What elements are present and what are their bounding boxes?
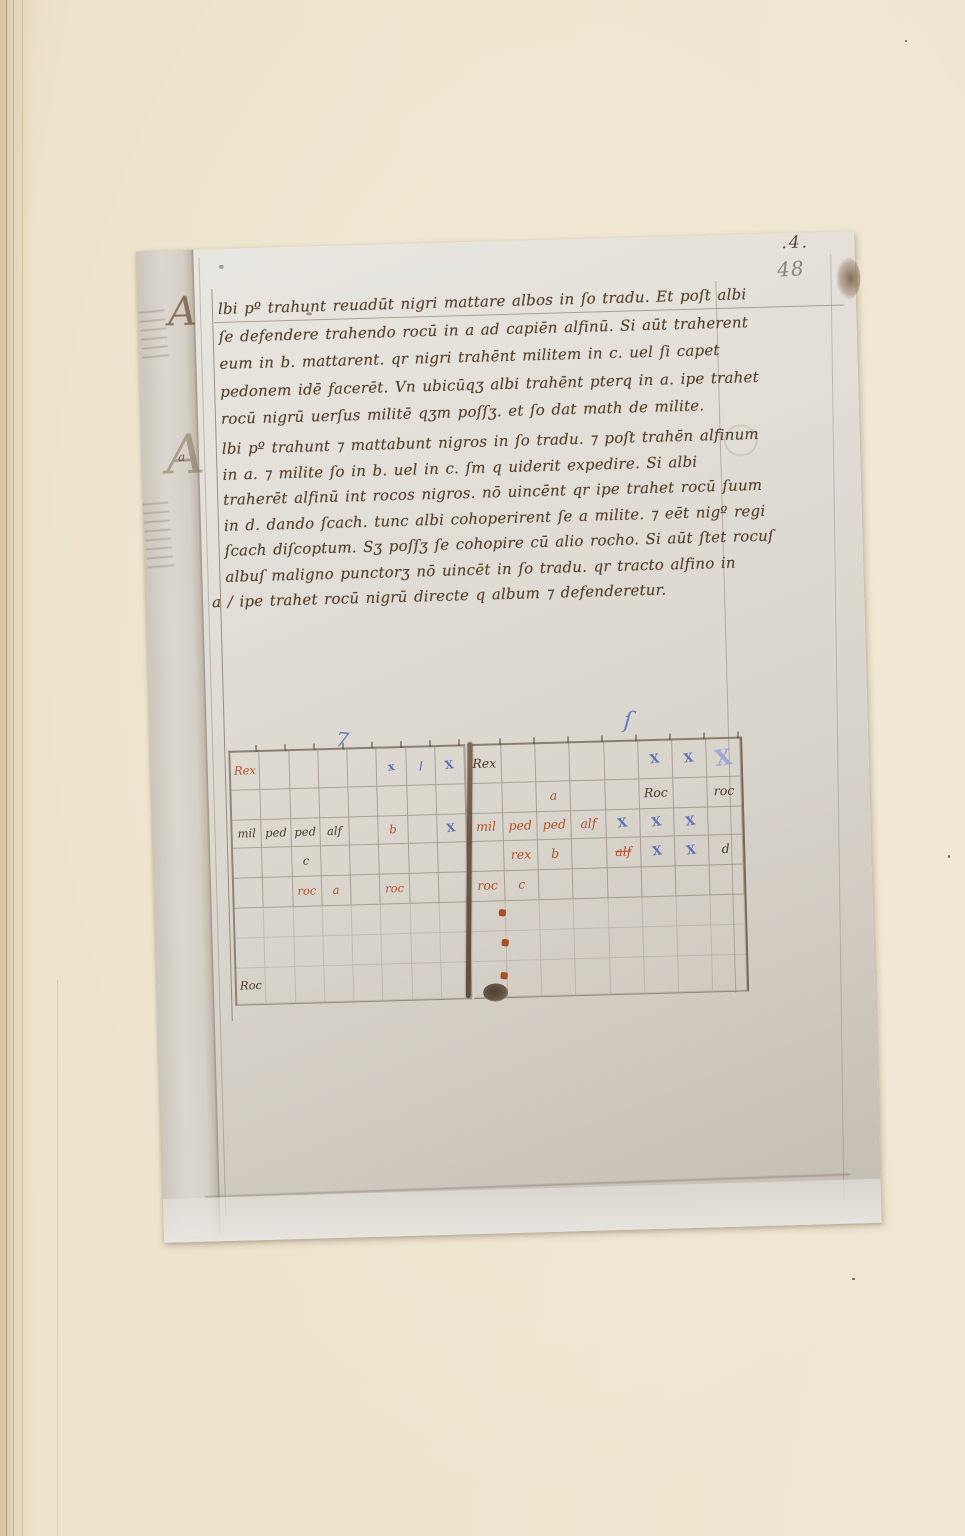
piece-label: X [617,817,628,831]
page-edge-line [6,0,7,1536]
page-edge-line [13,0,14,1536]
paper-speck [852,1278,855,1280]
board-cell: X [675,835,710,866]
piece-label: X [649,753,660,767]
board-cell [410,903,440,934]
board-cell [352,905,382,936]
board-cell [576,958,611,995]
board-cell: roc [380,874,410,905]
board-cell [710,894,745,925]
board-cell [712,954,747,991]
piece-label: X [652,845,663,859]
board-cell [382,934,412,965]
board-cell: Roc [236,968,266,1005]
board-cell: roc [707,777,742,808]
diagram-divider-line [466,742,473,998]
piece-label: ped [542,819,566,832]
board-cell [610,957,645,994]
board-cell [383,964,413,1001]
board-cell: alf [606,837,641,868]
board-cell: alf [320,817,350,846]
board-cell: mil [469,813,504,842]
red-dot [501,939,509,947]
board-cell [348,787,378,818]
board-cell [293,906,323,937]
marginal-scribble [142,498,174,576]
board-cell [468,783,503,814]
board-cell [379,844,409,875]
album-page: .4. 48 A lbi pº trahunt reuadūt nigri ma… [0,0,965,1536]
board-cell [351,875,381,906]
board-cell [407,785,437,816]
board-cell: b [538,839,573,870]
board-cell: X [640,836,675,867]
blue-pen-squiggle: ſ [623,707,633,734]
board-cell [472,931,507,962]
board-cell: roc [471,871,506,902]
chess-diagram-right: RexXXXaRocrocmilpedpedalfXXXrexbalfXXdro… [467,736,749,999]
board-cell [294,936,324,967]
board-cell [347,749,377,788]
piece-label: roc [714,785,735,798]
board-cell [472,901,507,932]
red-dot [499,909,507,917]
board-cell [262,847,292,878]
board-cell: c [291,846,321,877]
piece-label: X [686,844,697,858]
board-cell [507,960,542,997]
piece-label: X [713,745,733,769]
piece-label: alf [580,818,596,831]
board-cell: mil [232,820,262,849]
board-cell: X [435,746,465,785]
board-cell [675,865,710,896]
board-cell [233,848,263,879]
guide-letter: a [178,450,186,464]
piece-label: b [389,824,397,836]
board-cell [266,967,296,1004]
board-cell [644,956,679,993]
board-cell [353,965,383,1002]
board-cell [412,963,442,1000]
piece-label: roc [385,883,404,895]
board-cell [540,899,575,930]
board-cell [604,741,639,780]
board-cell [502,782,537,813]
folio-number-ink: .4. [781,232,809,253]
piece-label: Rex [472,758,496,771]
board-cell [573,868,608,899]
board-cell [231,790,261,821]
board-cell: X [674,807,709,836]
board-cell [575,928,610,959]
board-cell [570,742,605,781]
board-cell [409,873,439,904]
piece-label: d [721,843,729,856]
board-cell [678,955,713,992]
board-cell [264,907,294,938]
board-cell [235,908,265,939]
board-cell [378,786,408,817]
board-cell [605,779,640,810]
piece-label: Rex [234,765,256,777]
board-cell [676,895,711,926]
board-cell: X [638,740,673,779]
piece-label: alf [615,846,631,859]
board-cell [261,789,291,820]
board-cell [263,877,293,908]
board-cell: X [606,809,641,838]
initial-letter-A: A [167,292,197,333]
board-cell [289,750,319,789]
board-cell [324,965,354,1002]
board-cell [408,843,438,874]
board-cell [609,927,644,958]
board-cell: a [322,875,352,906]
board-cell: X [640,808,675,837]
board-cell: X [672,739,707,778]
board-cell [321,845,351,876]
board-cell [574,898,609,929]
board-cell [381,904,411,935]
piece-label: X [444,759,454,772]
board-cell: c [505,870,540,901]
board-cell [711,924,746,955]
previous-leaf-fold [136,250,221,1237]
board-cell: ped [503,812,538,841]
board-cell [642,896,677,927]
board-cell [439,902,469,933]
board-cell [708,807,743,836]
piece-label: mil [237,828,256,840]
piece-label: Roc [644,787,668,800]
board-cell: alf [571,810,606,839]
chess-diagram-left: Rexx/XmilpedpedalfbXcrocarocRoc [228,744,472,1006]
board-cell [572,838,607,869]
piece-label: rex [511,849,532,862]
board-cell [507,930,542,961]
pen-mark [219,265,224,269]
piece-label: mil [476,821,496,834]
initial-letter-A: A [165,427,205,482]
red-dot [500,972,508,980]
piece-label: c [303,855,310,867]
piece-label: roc [297,885,316,897]
piece-label: X [446,822,456,835]
board-cell [436,784,466,815]
board-cell [318,750,348,789]
board-cell: X [706,739,741,778]
board-cell: ped [291,818,321,847]
board-cell: ped [537,811,572,840]
paragraph-1: lbi pº trahunt reuadūt nigri mattare alb… [218,279,812,433]
board-cell: roc [292,876,322,907]
board-cell [350,845,380,876]
board-cell [260,751,290,790]
board-cell [710,864,745,895]
board-cell [349,817,379,846]
page-edge-line [22,0,23,1536]
board-cell [352,935,382,966]
ink-blob [483,983,508,1002]
piece-label: ped [508,820,532,833]
piece-label: ped [294,826,316,838]
board-cell [535,743,570,782]
board-cell [295,966,325,1003]
board-cell [571,780,606,811]
board-cell [234,878,264,909]
piece-label: x [387,761,395,773]
board-cell [323,935,353,966]
piece-label: ped [265,827,287,839]
board-cell: a [537,781,572,812]
board-cell [265,937,295,968]
piece-label: a [550,790,558,803]
board-cell [411,933,441,964]
piece-label: a [332,885,339,897]
board-cell [322,905,352,936]
board-cell [470,841,505,872]
paper-speck [948,855,950,858]
board-cell: X [437,814,467,843]
piece-label: Roc [240,980,262,992]
board-cell [643,926,678,957]
board-cell [539,869,574,900]
board-cell [236,938,266,969]
photo-plate: .4. 48 A lbi pº trahunt reuadūt nigri ma… [136,231,881,1243]
piece-label: X [683,752,694,766]
board-cell [319,788,349,819]
page-edge-line [57,980,58,1536]
piece-label: alf [327,825,342,837]
board-cell [541,959,576,996]
piece-label: b [551,848,559,861]
piece-label: c [518,879,525,892]
board-cell [677,925,712,956]
board-cell [607,867,642,898]
board-cell [408,815,438,844]
board-cell: ped [261,819,291,848]
red-dot-column [136,231,854,251]
board-cell [439,872,469,903]
photo-paper-margin [163,1179,882,1243]
board-cell: rex [504,840,539,871]
board-cell: b [378,816,408,845]
manuscript-right-edge-line [830,254,844,1202]
board-cell: / [406,747,436,786]
piece-label: X [651,816,662,830]
piece-label: / [418,760,424,772]
board-cell [501,744,536,783]
ink-stain [836,257,861,300]
board-cell [290,788,320,819]
board-cell [506,900,541,931]
board-cell: x [377,748,407,787]
board-cell: Rex [230,752,260,791]
board-cell [608,897,643,928]
paragraph-2: lbi pº trahunt ⁊ mattabunt nigros in ſo … [222,420,817,615]
board-cell: d [709,835,744,866]
board-cell [673,777,708,808]
marginal-scribble [138,306,169,360]
piece-label: X [685,815,696,829]
folio-number-pencil: 48 [776,256,805,282]
paper-speck [905,40,907,42]
piece-label: roc [477,880,498,893]
board-cell [438,842,468,873]
board-cell [541,929,576,960]
board-cell: Roc [639,778,674,809]
board-cell [641,866,676,897]
